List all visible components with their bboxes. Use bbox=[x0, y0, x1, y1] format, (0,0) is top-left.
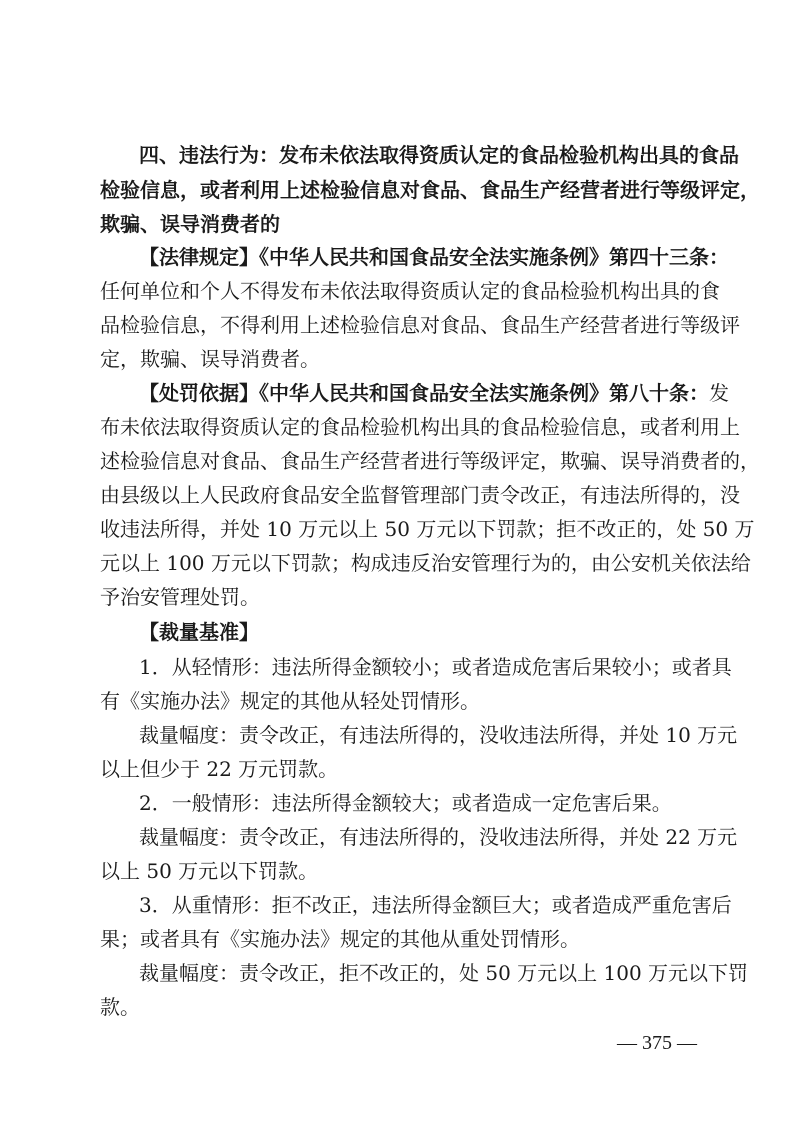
legal-provision-header: 【法律规定】《中华人民共和国食品安全法实施条例》第四十三条： bbox=[139, 242, 697, 272]
general-circumstance-line-1: 2．一般情形：违法所得金额较大；或者造成一定危害后果。 bbox=[139, 788, 697, 818]
penalty-basis-line-6: 予治安管理处罚。 bbox=[100, 582, 697, 612]
general-range-line-2: 以上 50 万元以下罚款。 bbox=[100, 856, 697, 886]
severe-range-line-1: 裁量幅度：责令改正，拒不改正的，处 50 万元以上 100 万元以下罚 bbox=[139, 958, 697, 988]
penalty-basis-line-2: 述检验信息对食品、食品生产经营者进行等级评定，欺骗、误导消费者的， bbox=[100, 446, 697, 476]
legal-provision-line-1: 任何单位和个人不得发布未依法取得资质认定的食品检验机构出具的食 bbox=[100, 276, 697, 306]
section-heading-line-2: 检验信息，或者利用上述检验信息对食品、食品生产经营者进行等级评定， bbox=[100, 175, 697, 205]
page-number: — 375 — bbox=[617, 1032, 697, 1055]
lenient-range-line-1: 裁量幅度：责令改正，有违法所得的，没收违法所得，并处 10 万元 bbox=[139, 720, 697, 750]
penalty-basis-line-3: 由县级以上人民政府食品安全监督管理部门责令改正，有违法所得的，没 bbox=[100, 480, 697, 510]
severe-circumstance-line-1: 3．从重情形：拒不改正，违法所得金额巨大；或者造成严重危害后 bbox=[139, 890, 697, 920]
penalty-basis-first-line-tail: 发 bbox=[709, 381, 729, 405]
penalty-basis-line-4: 收违法所得，并处 10 万元以上 50 万元以下罚款；拒不改正的，处 50 万 bbox=[100, 514, 697, 544]
section-heading-line-3: 欺骗、误导消费者的 bbox=[100, 209, 697, 239]
legal-provision-line-3: 定，欺骗、误导消费者。 bbox=[100, 344, 697, 374]
penalty-basis-line-1: 布未依法取得资质认定的食品检验机构出具的食品检验信息，或者利用上 bbox=[100, 412, 697, 442]
legal-provision-source: 《中华人民共和国食品安全法实施条例》第四十三条： bbox=[259, 245, 729, 269]
penalty-basis-source: 《中华人民共和国食品安全法实施条例》第八十条： bbox=[259, 381, 709, 405]
legal-provision-label: 【法律规定】 bbox=[139, 245, 259, 269]
lenient-circumstance-line-1: 1．从轻情形：违法所得金额较小；或者造成危害后果较小；或者具 bbox=[139, 652, 697, 682]
document-page: 四、违法行为：发布未依法取得资质认定的食品检验机构出具的食品 检验信息，或者利用… bbox=[0, 0, 793, 1122]
penalty-basis-line-5: 元以上 100 万元以下罚款；构成违反治安管理行为的，由公安机关依法给 bbox=[100, 548, 697, 578]
discretion-standard-label: 【裁量基准】 bbox=[139, 617, 697, 647]
penalty-basis-header: 【处罚依据】《中华人民共和国食品安全法实施条例》第八十条：发 bbox=[139, 378, 697, 408]
severe-circumstance-line-2: 果；或者具有《实施办法》规定的其他从重处罚情形。 bbox=[100, 924, 697, 954]
legal-provision-line-2: 品检验信息，不得利用上述检验信息对食品、食品生产经营者进行等级评 bbox=[100, 310, 697, 340]
section-heading-line-1: 四、违法行为：发布未依法取得资质认定的食品检验机构出具的食品 bbox=[139, 140, 697, 170]
penalty-basis-label: 【处罚依据】 bbox=[139, 381, 259, 405]
general-range-line-1: 裁量幅度：责令改正，有违法所得的，没收违法所得，并处 22 万元 bbox=[139, 822, 697, 852]
severe-range-line-2: 款。 bbox=[100, 992, 697, 1022]
lenient-circumstance-line-2: 有《实施办法》规定的其他从轻处罚情形。 bbox=[100, 686, 697, 716]
lenient-range-line-2: 以上但少于 22 万元罚款。 bbox=[100, 754, 697, 784]
